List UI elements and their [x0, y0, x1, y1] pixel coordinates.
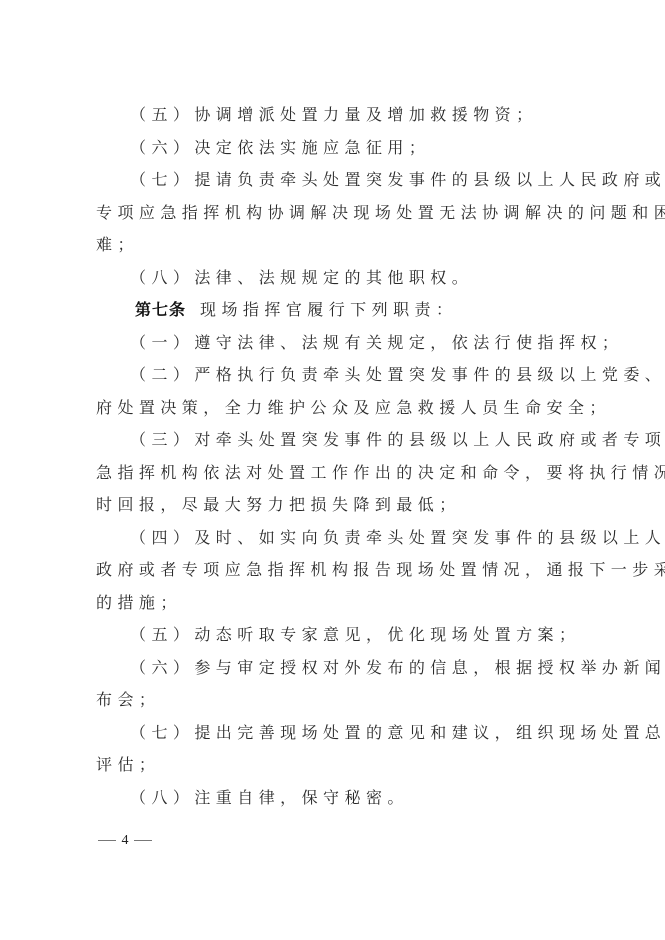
clause-7-line: （七）提请负责牵头处置突发事件的县级以上人民政府或者: [96, 164, 572, 197]
clause-text: 专项应急指挥机构协调解决现场处置无法协调解决的问题和困: [96, 203, 665, 222]
footer-dash-left: [98, 840, 116, 841]
clause-text: （八）法律、法规规定的其他职权。: [130, 268, 473, 287]
clause-text: （六）决定依法实施应急征用；: [130, 138, 430, 157]
page-footer: 4: [96, 833, 154, 849]
clause-text: （五）动态听取专家意见，优化现场处置方案；: [130, 625, 580, 644]
duty-4-continuation: 政府或者专项应急指挥机构报告现场处置情况，通报下一步采取: [96, 554, 572, 587]
duty-7-continuation: 评估；: [96, 749, 572, 782]
clause-5-line: （五）协调增派处置力量及增加救援物资；: [96, 99, 572, 132]
clause-text: 府处置决策，全力维护公众及应急救援人员生命安全；: [96, 398, 611, 417]
clause-text: 政府或者专项应急指挥机构报告现场处置情况，通报下一步采取: [96, 560, 665, 579]
duty-2-continuation: 府处置决策，全力维护公众及应急救援人员生命安全；: [96, 392, 572, 425]
footer-dash-right: [134, 840, 152, 841]
clause-text: （一）遵守法律、法规有关规定，依法行使指挥权；: [130, 333, 623, 352]
duty-4-continuation: 的措施；: [96, 587, 572, 620]
clause-text: （七）提请负责牵头处置突发事件的县级以上人民政府或者: [130, 170, 665, 189]
clause-7-continuation: 难；: [96, 229, 572, 262]
duty-3-line: （三）对牵头处置突发事件的县级以上人民政府或者专项应: [96, 424, 572, 457]
article-text: 现场指挥官履行下列职责：: [200, 300, 457, 319]
duty-2-line: （二）严格执行负责牵头处置突发事件的县级以上党委、政: [96, 359, 572, 392]
clause-text: （六）参与审定授权对外发布的信息，根据授权举办新闻发: [130, 658, 665, 677]
clause-text: （八）注重自律，保守秘密。: [130, 788, 409, 807]
duty-6-line: （六）参与审定授权对外发布的信息，根据授权举办新闻发: [96, 652, 572, 685]
duty-3-continuation: 时回报，尽最大努力把损失降到最低；: [96, 489, 572, 522]
article-number: 第七条: [135, 300, 186, 319]
duty-4-line: （四）及时、如实向负责牵头处置突发事件的县级以上人民: [96, 522, 572, 555]
article-7-heading: 第七条现场指挥官履行下列职责：: [96, 294, 572, 327]
clause-text: （三）对牵头处置突发事件的县级以上人民政府或者专项应: [130, 430, 665, 449]
clause-text: 急指挥机构依法对处置工作作出的决定和命令，要将执行情况及: [96, 463, 665, 482]
duty-1-line: （一）遵守法律、法规有关规定，依法行使指挥权；: [96, 327, 572, 360]
clause-text: 布会；: [96, 690, 160, 709]
page-number: 4: [122, 833, 129, 848]
document-page: （五）协调增派处置力量及增加救援物资； （六）决定依法实施应急征用； （七）提请…: [96, 99, 572, 814]
duty-7-line: （七）提出完善现场处置的意见和建议，组织现场处置总结: [96, 717, 572, 750]
clause-text: （七）提出完善现场处置的意见和建议，组织现场处置总结: [130, 723, 665, 742]
clause-text: （五）协调增派处置力量及增加救援物资；: [130, 105, 538, 124]
clause-text: 的措施；: [96, 593, 182, 612]
clause-7-continuation: 专项应急指挥机构协调解决现场处置无法协调解决的问题和困: [96, 197, 572, 230]
clause-text: （二）严格执行负责牵头处置突发事件的县级以上党委、政: [130, 365, 665, 384]
duty-3-continuation: 急指挥机构依法对处置工作作出的决定和命令，要将执行情况及: [96, 457, 572, 490]
clause-text: 时回报，尽最大努力把损失降到最低；: [96, 495, 461, 514]
duty-5-line: （五）动态听取专家意见，优化现场处置方案；: [96, 619, 572, 652]
clause-text: 评估；: [96, 755, 160, 774]
clause-text: （四）及时、如实向负责牵头处置突发事件的县级以上人民: [130, 528, 665, 547]
duty-8-line: （八）注重自律，保守秘密。: [96, 782, 572, 815]
clause-text: 难；: [96, 235, 139, 254]
clause-8-line: （八）法律、法规规定的其他职权。: [96, 262, 572, 295]
clause-6-line: （六）决定依法实施应急征用；: [96, 132, 572, 165]
duty-6-continuation: 布会；: [96, 684, 572, 717]
